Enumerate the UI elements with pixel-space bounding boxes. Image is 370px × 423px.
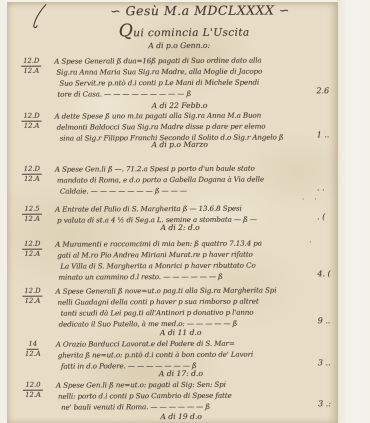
scan-border-right [337,0,370,423]
entry-text: A dette Spese ß uno m.ta pagati alla Sig… [54,109,310,143]
folio-ref-top: 14 [26,340,39,350]
manuscript-scan: Gesù M.a MDCLXXXX Qui comincia L'Uscita … [0,0,370,423]
ledger-entry: 12.D12.AA Spese Generali ß nove=ut.o pag… [7,284,337,330]
date-heading: A di 19 d.o [56,411,306,421]
folio-reference: 12.D12.A [18,240,46,259]
ledger-entry: 12.012.AA Spese Gen.li ß ne=ut.o: pagati… [8,378,338,413]
amount: 3 .: [318,399,331,408]
date-heading: A di p.o Marzo [55,139,305,149]
entry-text: A Spese Gen.li ß —. 71.2.a Spesi p porto… [55,162,311,196]
folio-ref-bottom: 12.A [19,350,47,359]
folio-reference: 12.D12.A [17,57,45,76]
entry-text: A Muramenti e raccomcimi di mia ben: ß q… [55,237,311,282]
folio-ref-top: 12.D [21,57,41,67]
entry-text: A Spese Gen.li ß ne=ut.o: pagati al Sig:… [56,378,312,412]
ledger-entry: 12.D12.AA Spese Gen.li ß —. 71.2.a Spesi… [7,162,337,197]
folio-ref-top: 12.5 [22,205,41,215]
amount: 3 .. [318,358,331,367]
folio-ref-bottom: 12.A [18,122,46,131]
entry-line: minato un cammino d.l resto. — — — — — —… [58,270,311,282]
ledger-entry: 1412.AA Orazio Barducci Lavorat.e del Po… [8,337,338,372]
folio-reference: 12.D12.A [18,165,46,184]
folio-reference: 1412.A [19,340,47,359]
amount: 2.6 [316,86,329,95]
ink-dot: · · [302,195,321,203]
handwriting-layer: Gesù M.a MDCLXXXX Qui comincia L'Uscita … [6,1,338,423]
amount: 1 .. [317,130,330,139]
entry-text: A Spese Generali ß nove=ut.o pag.ti alla… [55,284,311,329]
folio-ref-top: 12.D [22,165,42,175]
entry-text: A Spese Generali ß dua=16ß pagati di Suo… [54,54,310,99]
date-heading: A di 11 d.o [56,327,306,337]
date-heading: A di 17: d.o [56,368,306,378]
folio-ref-bottom: 12.A [18,297,46,306]
date-heading: A di p.o Genn.o: [54,40,304,50]
folio-reference: 12.D12.A [17,112,45,131]
folio-ref-top: 12.D [22,240,42,250]
folio-ref-bottom: 12.A [18,215,46,224]
folio-ref-top: 12.D [21,112,41,122]
entry-text: A Orazio Barducci Lavorat.e del Podere d… [56,337,312,371]
folio-ref-bottom: 12.A [18,250,46,259]
ink-dot: · [309,238,315,246]
folio-ref-top: 12.D [22,287,42,297]
folio-ref-bottom: 12.A [19,391,47,400]
ledger-entry: 12.D12.AA Muramenti e raccomcimi di mia … [7,237,337,283]
amount: 4. ( [317,269,330,278]
folio-ref-bottom: 12.A [18,175,46,184]
amount: . ( [317,212,325,221]
page-title: Gesù M.a MDCLXXXX [64,2,336,18]
folio-reference: 12.512.A [18,205,46,224]
folio-ref-bottom: 12.A [17,67,45,76]
entry-line: Caldaie. — — — — — — — ß — — — [60,184,311,196]
date-heading: A di 2: d.o [55,222,305,232]
folio-reference: 12.012.A [19,381,47,400]
section-heading: Qui comincia L'Uscita [34,20,334,42]
amount: 9 .. [318,316,331,325]
entry-line: A Spese Generali ß nove=ut.o pag.ti alla… [55,284,311,296]
amount: . . [317,183,325,192]
entry-line: tore di Casa. — — — — — — — — — ß [57,87,310,99]
ledger-entry: 12.D12.AA Spese Generali ß dua=16ß pagat… [6,54,336,100]
parchment-page: Gesù M.a MDCLXXXX Qui comincia L'Uscita … [7,2,338,423]
folio-ref-top: 12.0 [23,381,42,391]
folio-reference: 12.D12.A [18,287,46,306]
